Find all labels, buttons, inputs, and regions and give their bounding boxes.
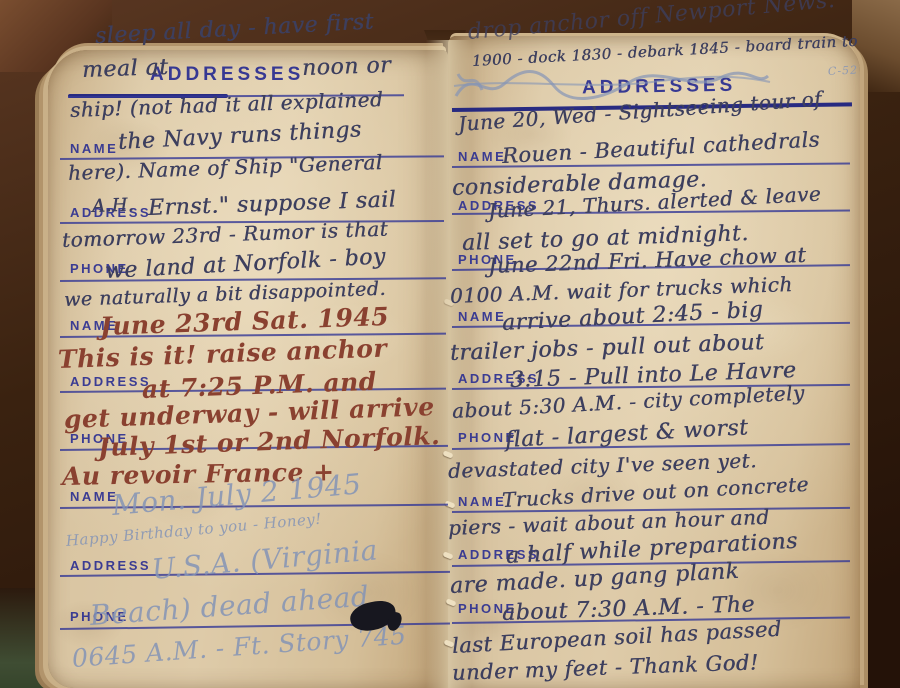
field-label-name: NAME xyxy=(458,309,506,324)
field-label-name: NAME xyxy=(70,141,118,156)
field-label-address: ADDRESS xyxy=(70,558,151,573)
handwriting-line: noon or xyxy=(302,55,392,80)
field-label-name: NAME xyxy=(458,149,506,164)
notebook-photo: ADDRESSES NAME ADDRESS PHONE NAME ADDRES… xyxy=(0,0,900,688)
field-label-address: ADDRESS xyxy=(70,374,151,389)
handwriting-line: sleep all day - have first xyxy=(94,11,374,48)
field-label-name: NAME xyxy=(458,494,506,509)
page-edge-note: C-52 xyxy=(828,64,859,77)
handwriting-line: A.H. xyxy=(92,197,135,216)
addresses-header-left: ADDRESSES xyxy=(150,64,304,86)
handwriting-line: meal at xyxy=(82,57,169,82)
